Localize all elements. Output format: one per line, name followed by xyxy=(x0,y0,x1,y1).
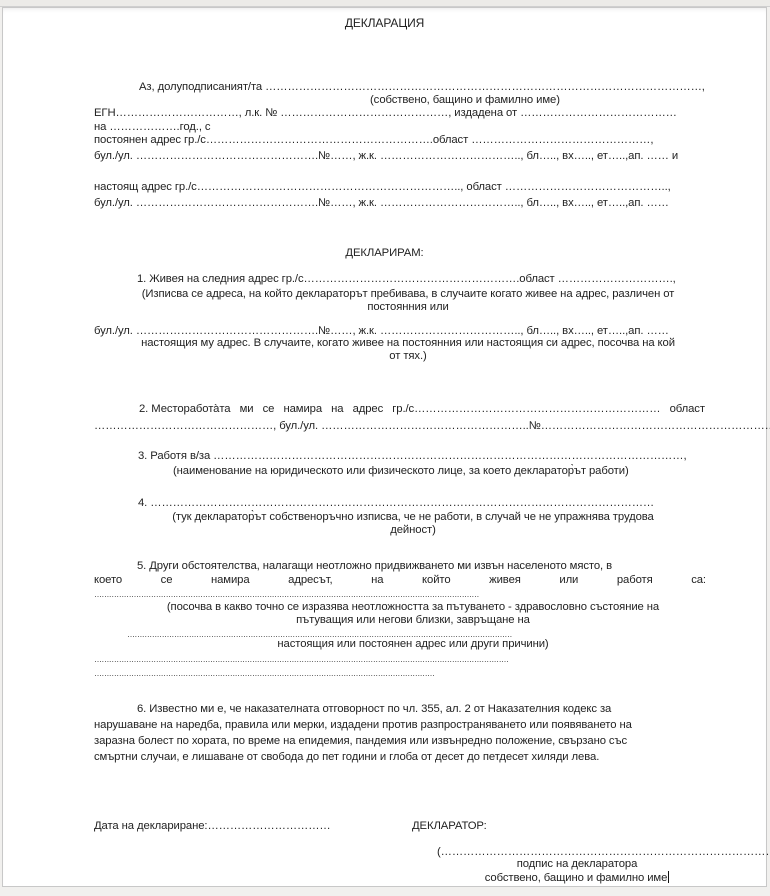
item5-word: се xyxy=(161,574,173,587)
intro-name-field[interactable]: Аз, долуподписаният/та ……………………………………………… xyxy=(139,81,705,94)
item2-word: 2. Месторабота̀та xyxy=(139,403,231,416)
item3-employer-field[interactable]: 3. Работя в/за …………………………………………………………………… xyxy=(138,450,687,463)
declare-heading: ДЕКЛАРИРАМ: xyxy=(3,247,766,260)
intro-name-hint: (собствено, бащино и фамилно име) xyxy=(370,94,560,107)
item2-word: ми xyxy=(240,403,254,416)
item4-not-working-field[interactable]: 4. …………………………………………………………………………………………………… xyxy=(138,497,654,510)
item4-hint-2: дейност) xyxy=(103,524,723,537)
signature-hint-2: собствено, бащино и фамилно име xyxy=(437,871,717,885)
item4-hint-1: (тук декларатор̀ът собственоръчно изписв… xyxy=(103,511,723,524)
item5-word: живея xyxy=(489,574,521,587)
item1-hint-2: постоянния или xyxy=(73,301,743,314)
window-top-bar xyxy=(0,0,770,7)
item2-word: област xyxy=(670,403,705,416)
item2-word: намира xyxy=(283,403,322,416)
item5-reason-field-3[interactable]: …………………………………………………………………………………………………………… xyxy=(94,653,508,666)
signature-hint-2-text: собствено, бащино и фамилно име xyxy=(485,872,668,884)
item5-hint-2: пътуващия или негови близки, завръщане н… xyxy=(93,614,733,627)
item2-word: адрес xyxy=(353,403,384,416)
item1-hint-4: от тях.) xyxy=(73,350,743,363)
item6-line-1: 6. Известно ми е, че наказателната отгов… xyxy=(137,703,611,716)
document-title: ДЕКЛАРАЦИЯ xyxy=(3,17,766,30)
item6-line-2: нарушаване на наредба, правила или мерки… xyxy=(94,719,632,732)
signature-hint-1: подпис на декларатора xyxy=(437,858,717,871)
intro-current-address-field[interactable]: настоящ адрес гр./с………………………………………………………… xyxy=(94,181,671,194)
item2-word: се xyxy=(263,403,275,416)
item5-line-1: 5. Други обстоятелства, налагащи неотлож… xyxy=(137,560,612,573)
intro-current-street-field[interactable]: бул./ул. ………………………………………….№……, ж.к. …………… xyxy=(94,197,669,210)
intro-permanent-street-field[interactable]: бул./ул. ………………………………………….№……, ж.к. …………… xyxy=(94,150,678,163)
declaration-date-field[interactable]: Дата на деклариране:…………………………… xyxy=(94,820,331,833)
item5-word: адресът, xyxy=(288,574,332,587)
item1-address-field[interactable]: 1. Живея на следния адрес гр./с………………………… xyxy=(137,273,676,286)
declarator-label: ДЕКЛАРАТОР: xyxy=(412,820,487,833)
item2-word: на xyxy=(331,403,343,416)
item2-street-field[interactable]: …………………………………………, бул./ул. …………………………………… xyxy=(94,420,770,433)
item5-reason-field-4[interactable]: …………………………………………………………………………………………………………… xyxy=(94,667,434,680)
item1-hint-1: (Изписва се адреса, на който деклараторъ… xyxy=(73,288,743,301)
intro-issued-date-field[interactable]: на ……………….год., с xyxy=(94,121,210,134)
item5-word: са: xyxy=(691,574,706,587)
item5-word: който xyxy=(422,574,451,587)
item2-line-1[interactable]: 2. Месторабота̀та ми се намира на адрес … xyxy=(139,403,705,416)
item2-city-field[interactable]: гр./с………………………………………………………… xyxy=(392,403,660,416)
item3-hint: (наименование на юридическото или физиче… xyxy=(173,465,629,478)
item5-word: работя xyxy=(617,574,653,587)
item6-line-4: смъртни случаи, е лишаване от свобода до… xyxy=(94,751,599,764)
item6-line-3: заразна болест по хората, по време на еп… xyxy=(94,735,627,748)
document-page: ДЕКЛАРАЦИЯ Аз, долуподписаният/та ………………… xyxy=(2,7,767,887)
text-cursor xyxy=(668,871,669,883)
item1-hint-3: настоящия му адрес. В случаите, когато ж… xyxy=(73,337,743,350)
intro-egn-field[interactable]: ЕГН……………………………, л.к. № ………………………………………, … xyxy=(94,107,677,120)
item5-word: което xyxy=(94,574,122,587)
item5-line-2: което се намира адресът, на който живея … xyxy=(94,574,706,587)
intro-permanent-address-field[interactable]: постоянен адрес гр./с…………………………………………………… xyxy=(94,134,653,147)
item5-hint-3: настоящия или постоянен адрес или други … xyxy=(93,638,733,651)
item5-word: на xyxy=(371,574,383,587)
item5-word: или xyxy=(559,574,578,587)
item5-reason-field-1[interactable]: …………………………………………………………………………………………………………… xyxy=(94,588,479,601)
item5-word: намира xyxy=(211,574,250,587)
item5-hint-1: (посочва в какво точно се изразява неотл… xyxy=(93,601,733,614)
